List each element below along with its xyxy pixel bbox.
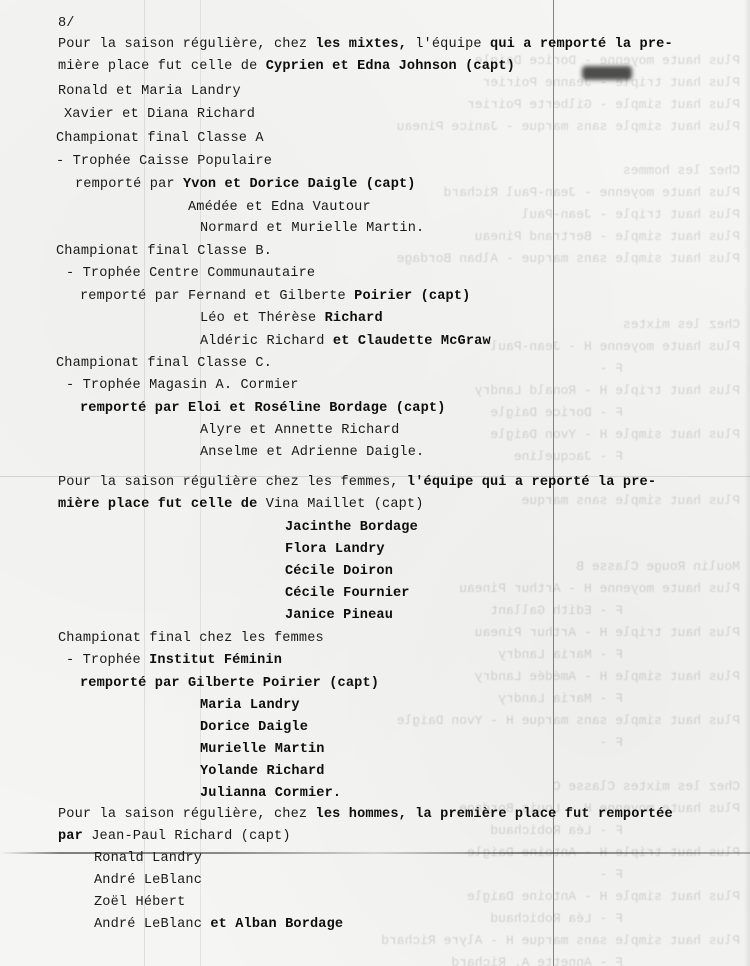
class-a-trophy: - Trophée Caisse Populaire bbox=[56, 153, 272, 171]
class-b-winner: remporté par Fernand et Gilberte Poirier… bbox=[80, 288, 470, 306]
text-fragment: les mixtes, bbox=[316, 37, 407, 52]
men-regular-line2: par Jean-Paul Richard (capt) bbox=[58, 828, 291, 846]
page-number: 8/ bbox=[58, 15, 75, 33]
class-b-trophy: - Trophée Centre Communautaire bbox=[66, 265, 315, 283]
men-member: Zoël Hébert bbox=[94, 894, 185, 912]
text-fragment: et Alban Bordage bbox=[210, 917, 343, 932]
women-final-member: Dorice Daigle bbox=[200, 719, 308, 737]
text-fragment: qui a remporté la pre- bbox=[490, 37, 673, 52]
text-fragment: Pour la saison régulière, chez bbox=[58, 807, 316, 822]
text-fragment: - Trophée bbox=[66, 653, 149, 668]
text-fragment: remporté par Fernand et Gilberte bbox=[80, 289, 354, 304]
text-fragment: remporté par bbox=[75, 177, 183, 192]
men-regular-line1: Pour la saison régulière, chez les homme… bbox=[58, 806, 673, 824]
men-member: Ronald Landry bbox=[94, 850, 202, 868]
women-member: Flora Landry bbox=[285, 541, 385, 559]
class-b-member: Aldéric Richard et Claudette McGraw bbox=[200, 333, 491, 351]
women-final-trophy: - Trophée Institut Féminin bbox=[66, 652, 282, 670]
text-fragment: Pour la saison régulière chez les femmes… bbox=[58, 475, 407, 490]
class-a-member: Amédée et Edna Vautour bbox=[188, 199, 371, 217]
text-fragment: Richard bbox=[325, 311, 383, 326]
text-fragment: l'équipe qui a reporté la pre- bbox=[407, 475, 656, 490]
mixed-regular-line1: Pour la saison régulière, chez les mixte… bbox=[58, 36, 673, 54]
text-fragment: mière place fut celle de bbox=[58, 497, 266, 512]
text-fragment: Cyprien et Edna Johnson (capt) bbox=[266, 59, 515, 74]
text-fragment: Institut Féminin bbox=[149, 653, 282, 668]
mixed-member: Ronald et Maria Landry bbox=[58, 83, 241, 101]
women-final-member: Julianna Cormier. bbox=[200, 785, 341, 803]
class-c-heading: Championat final Classe C. bbox=[56, 355, 272, 373]
text-fragment: Jean-Paul Richard (capt) bbox=[83, 829, 291, 844]
women-regular-line2: mière place fut celle de Vina Maillet (c… bbox=[58, 496, 424, 514]
class-c-member: Anselme et Adrienne Daigle. bbox=[200, 444, 424, 462]
class-a-winner: remporté par Yvon et Dorice Daigle (capt… bbox=[75, 176, 416, 194]
women-final-heading: Championat final chez les femmes bbox=[58, 630, 324, 648]
scanned-page: Plus haute moyenne - Dorice Daigle Plus … bbox=[0, 0, 750, 966]
class-c-trophy: - Trophée Magasin A. Cormier bbox=[66, 377, 299, 395]
class-b-heading: Championat final Classe B. bbox=[56, 243, 272, 261]
men-member: André LeBlanc et Alban Bordage bbox=[94, 916, 343, 934]
class-c-winner: remporté par Eloi et Roséline Bordage (c… bbox=[80, 400, 446, 418]
bleed-through-text: Plus haute moyenne - Dorice Daigle Plus … bbox=[400, 50, 740, 966]
class-a-heading: Championat final Classe A bbox=[56, 130, 264, 148]
men-member: André LeBlanc bbox=[94, 872, 202, 890]
women-regular-line1: Pour la saison régulière chez les femmes… bbox=[58, 474, 656, 492]
women-member: Janice Pineau bbox=[285, 607, 393, 625]
text-fragment: par bbox=[58, 829, 83, 844]
women-final-member: Maria Landry bbox=[200, 697, 300, 715]
paper-edge bbox=[744, 0, 750, 966]
text-fragment: Aldéric Richard bbox=[200, 334, 333, 349]
ink-smudge bbox=[582, 66, 632, 80]
women-member: Cécile Doiron bbox=[285, 563, 393, 581]
women-final-member: Murielle Martin bbox=[200, 741, 325, 759]
text-fragment: l'équipe bbox=[407, 37, 490, 52]
text-fragment: Yvon et Dorice Daigle (capt) bbox=[183, 177, 416, 192]
women-member: Cécile Fournier bbox=[285, 585, 410, 603]
class-b-member: Léo et Thérèse Richard bbox=[200, 310, 383, 328]
text-fragment: les hommes, la première place fut rempor… bbox=[316, 807, 673, 822]
text-fragment: Léo et Thérèse bbox=[200, 311, 325, 326]
text-fragment: André LeBlanc bbox=[94, 917, 210, 932]
text-fragment: mière place fut celle de bbox=[58, 59, 266, 74]
mixed-regular-line2: mière place fut celle de Cyprien et Edna… bbox=[58, 58, 515, 76]
class-c-member: Alyre et Annette Richard bbox=[200, 422, 399, 440]
text-fragment: Poirier (capt) bbox=[354, 289, 470, 304]
mixed-member: Xavier et Diana Richard bbox=[64, 106, 255, 124]
women-final-member: Yolande Richard bbox=[200, 763, 325, 781]
text-fragment: Pour la saison régulière, chez bbox=[58, 37, 316, 52]
text-fragment: et Claudette McGraw bbox=[333, 334, 491, 349]
women-member: Jacinthe Bordage bbox=[285, 519, 418, 537]
women-final-winner: remporté par Gilberte Poirier (capt) bbox=[80, 675, 379, 693]
text-fragment: Vina Maillet (capt) bbox=[266, 497, 424, 512]
class-a-member: Normard et Murielle Martin. bbox=[200, 220, 424, 238]
